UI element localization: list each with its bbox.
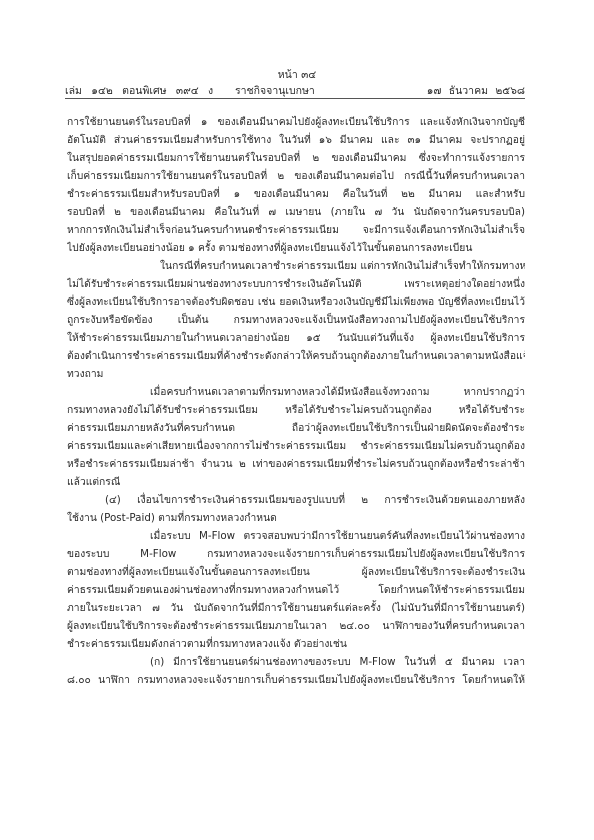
text-line: ในกรณีที่ครบกำหนดเวลาชำระค่าธรรมเนียม แต…	[67, 257, 525, 275]
text-line: หากการหักเงินไม่สำเร็จก่อนวันครบกำหนดชำร…	[67, 221, 525, 239]
header-rule	[65, 98, 525, 99]
text-line: ซึ่งผู้ลงทะเบียนใช้บริการอาจต้องรับผิดชอ…	[67, 293, 525, 311]
text-line: ในสรุปยอดค่าธรรมเนียมการใช้ยานยนตร์ในรอบ…	[67, 149, 525, 167]
text-line: ๘.๐๐ นาฬิกา กรมทางหลวงจะแจ้งรายการเก็บค่…	[67, 671, 525, 689]
text-line: ถูกระงับหรือขัดข้อง เป็นต้น กรมทางหลวงจะ…	[67, 311, 525, 329]
text-line: ไปยังผู้ลงทะเบียนอย่างน้อย ๑ ครั้ง ตามช่…	[67, 239, 525, 257]
text-line: (ก) มีการใช้ยานยนตร์ผ่านช่องทางของระบบ M…	[67, 653, 525, 671]
text-line: ให้ชำระค่าธรรมเนียมภายในกำหนดเวลาอย่างน้…	[67, 329, 525, 347]
page-number: หน้า ๓๔	[0, 66, 594, 83]
text-line: ชำระค่าธรรมเนียมสำหรับรอบบิลที่ ๑ ของเดื…	[67, 185, 525, 203]
paragraph-clause-4: (๔) เงื่อนไขการชำระเงินค่าธรรมเนียมของรู…	[67, 491, 525, 527]
text-line: รอบบิลที่ ๒ ของเดือนมีนาคม คือในวันที่ ๗…	[67, 203, 525, 221]
text-line: เก็บค่าธรรมเนียมการใช้ยานยนตร์ในรอบบิลที…	[67, 167, 525, 185]
text-line: หรือชำระค่าธรรมเนียมล่าช้า จำนวน ๒ เท่าข…	[67, 455, 525, 473]
volume-number: เล่ม ๑๔๒	[65, 85, 113, 97]
gazette-header: เล่ม ๑๔๒ ตอนพิเศษ ๓๙๔ ง ราชกิจจานุเบกษา …	[65, 82, 525, 96]
text-line: การใช้ยานยนตร์ในรอบบิลที่ ๑ ของเดือนมีนา…	[67, 113, 525, 131]
text-line: กรมทางหลวงยังไม่ได้รับชำระค่าธรรมเนียม ห…	[67, 401, 525, 419]
text-line: แล้วแต่กรณี	[67, 473, 525, 491]
publication-name: ราชกิจจานุเบกษา	[235, 82, 315, 99]
document-body: การใช้ยานยนตร์ในรอบบิลที่ ๑ ของเดือนมีนา…	[67, 113, 525, 689]
paragraph-billing-cycle: การใช้ยานยนตร์ในรอบบิลที่ ๑ ของเดือนมีนา…	[67, 113, 525, 257]
text-line: ค่าธรรมเนียมและค่าเสียหายเนื่องจากการไม่…	[67, 437, 525, 455]
text-line: เมื่อระบบ M-Flow ตรวจสอบพบว่ามีการใช้ยาน…	[67, 527, 525, 545]
text-line: ค่าธรรมเนียมด้วยตนเองผ่านช่องทางที่กรมทา…	[67, 581, 525, 599]
text-line: เมื่อครบกำหนดเวลาตามที่กรมทางหลวงได้มีหน…	[67, 383, 525, 401]
text-line: ภายในระยะเวลา ๗ วัน นับถัดจากวันที่มีการ…	[67, 599, 525, 617]
text-line: ตามช่องทางที่ผู้ลงทะเบียนแจ้งในขั้นตอนกา…	[67, 563, 525, 581]
text-line: ใช้งาน (Post-Paid) ตามที่กรมทางหลวงกำหนด	[67, 509, 525, 527]
paragraph-example-a: (ก) มีการใช้ยานยนตร์ผ่านช่องทางของระบบ M…	[67, 653, 525, 689]
text-line: อัตโนมัติ ส่วนค่าธรรมเนียมสำหรับการใช้ทา…	[67, 131, 525, 149]
text-line: (๔) เงื่อนไขการชำระเงินค่าธรรมเนียมของรู…	[67, 491, 525, 509]
paragraph-penalty: เมื่อครบกำหนดเวลาตามที่กรมทางหลวงได้มีหน…	[67, 383, 525, 491]
text-line: ผู้ลงทะเบียนใช้บริการจะต้องชำระค่าธรรมเน…	[67, 617, 525, 635]
text-line: ทวงถาม	[67, 365, 525, 383]
section-number: ตอนพิเศษ ๓๙๔ ง	[122, 85, 213, 97]
text-line: ชำระค่าธรรมเนียมดังกล่าวตามที่กรมทางหลวง…	[67, 635, 525, 653]
text-line: ไม่ได้รับชำระค่าธรรมเนียมผ่านช่องทางระบบ…	[67, 275, 525, 293]
text-line: ค่าธรรมเนียมภายหลังวันที่ครบกำหนด ถือว่า…	[67, 419, 525, 437]
paragraph-deduction-failure: ในกรณีที่ครบกำหนดเวลาชำระค่าธรรมเนียม แต…	[67, 257, 525, 383]
text-line: ของระบบ M-Flow กรมทางหลวงจะแจ้งรายการเก็…	[67, 545, 525, 563]
text-line: ต้องดำเนินการชำระค่าธรรมเนียมที่ค้างชำระ…	[67, 347, 525, 365]
paragraph-mflow-postpaid: เมื่อระบบ M-Flow ตรวจสอบพบว่ามีการใช้ยาน…	[67, 527, 525, 653]
publication-date: ๑๗ ธันวาคม ๒๕๖๘	[427, 82, 525, 99]
